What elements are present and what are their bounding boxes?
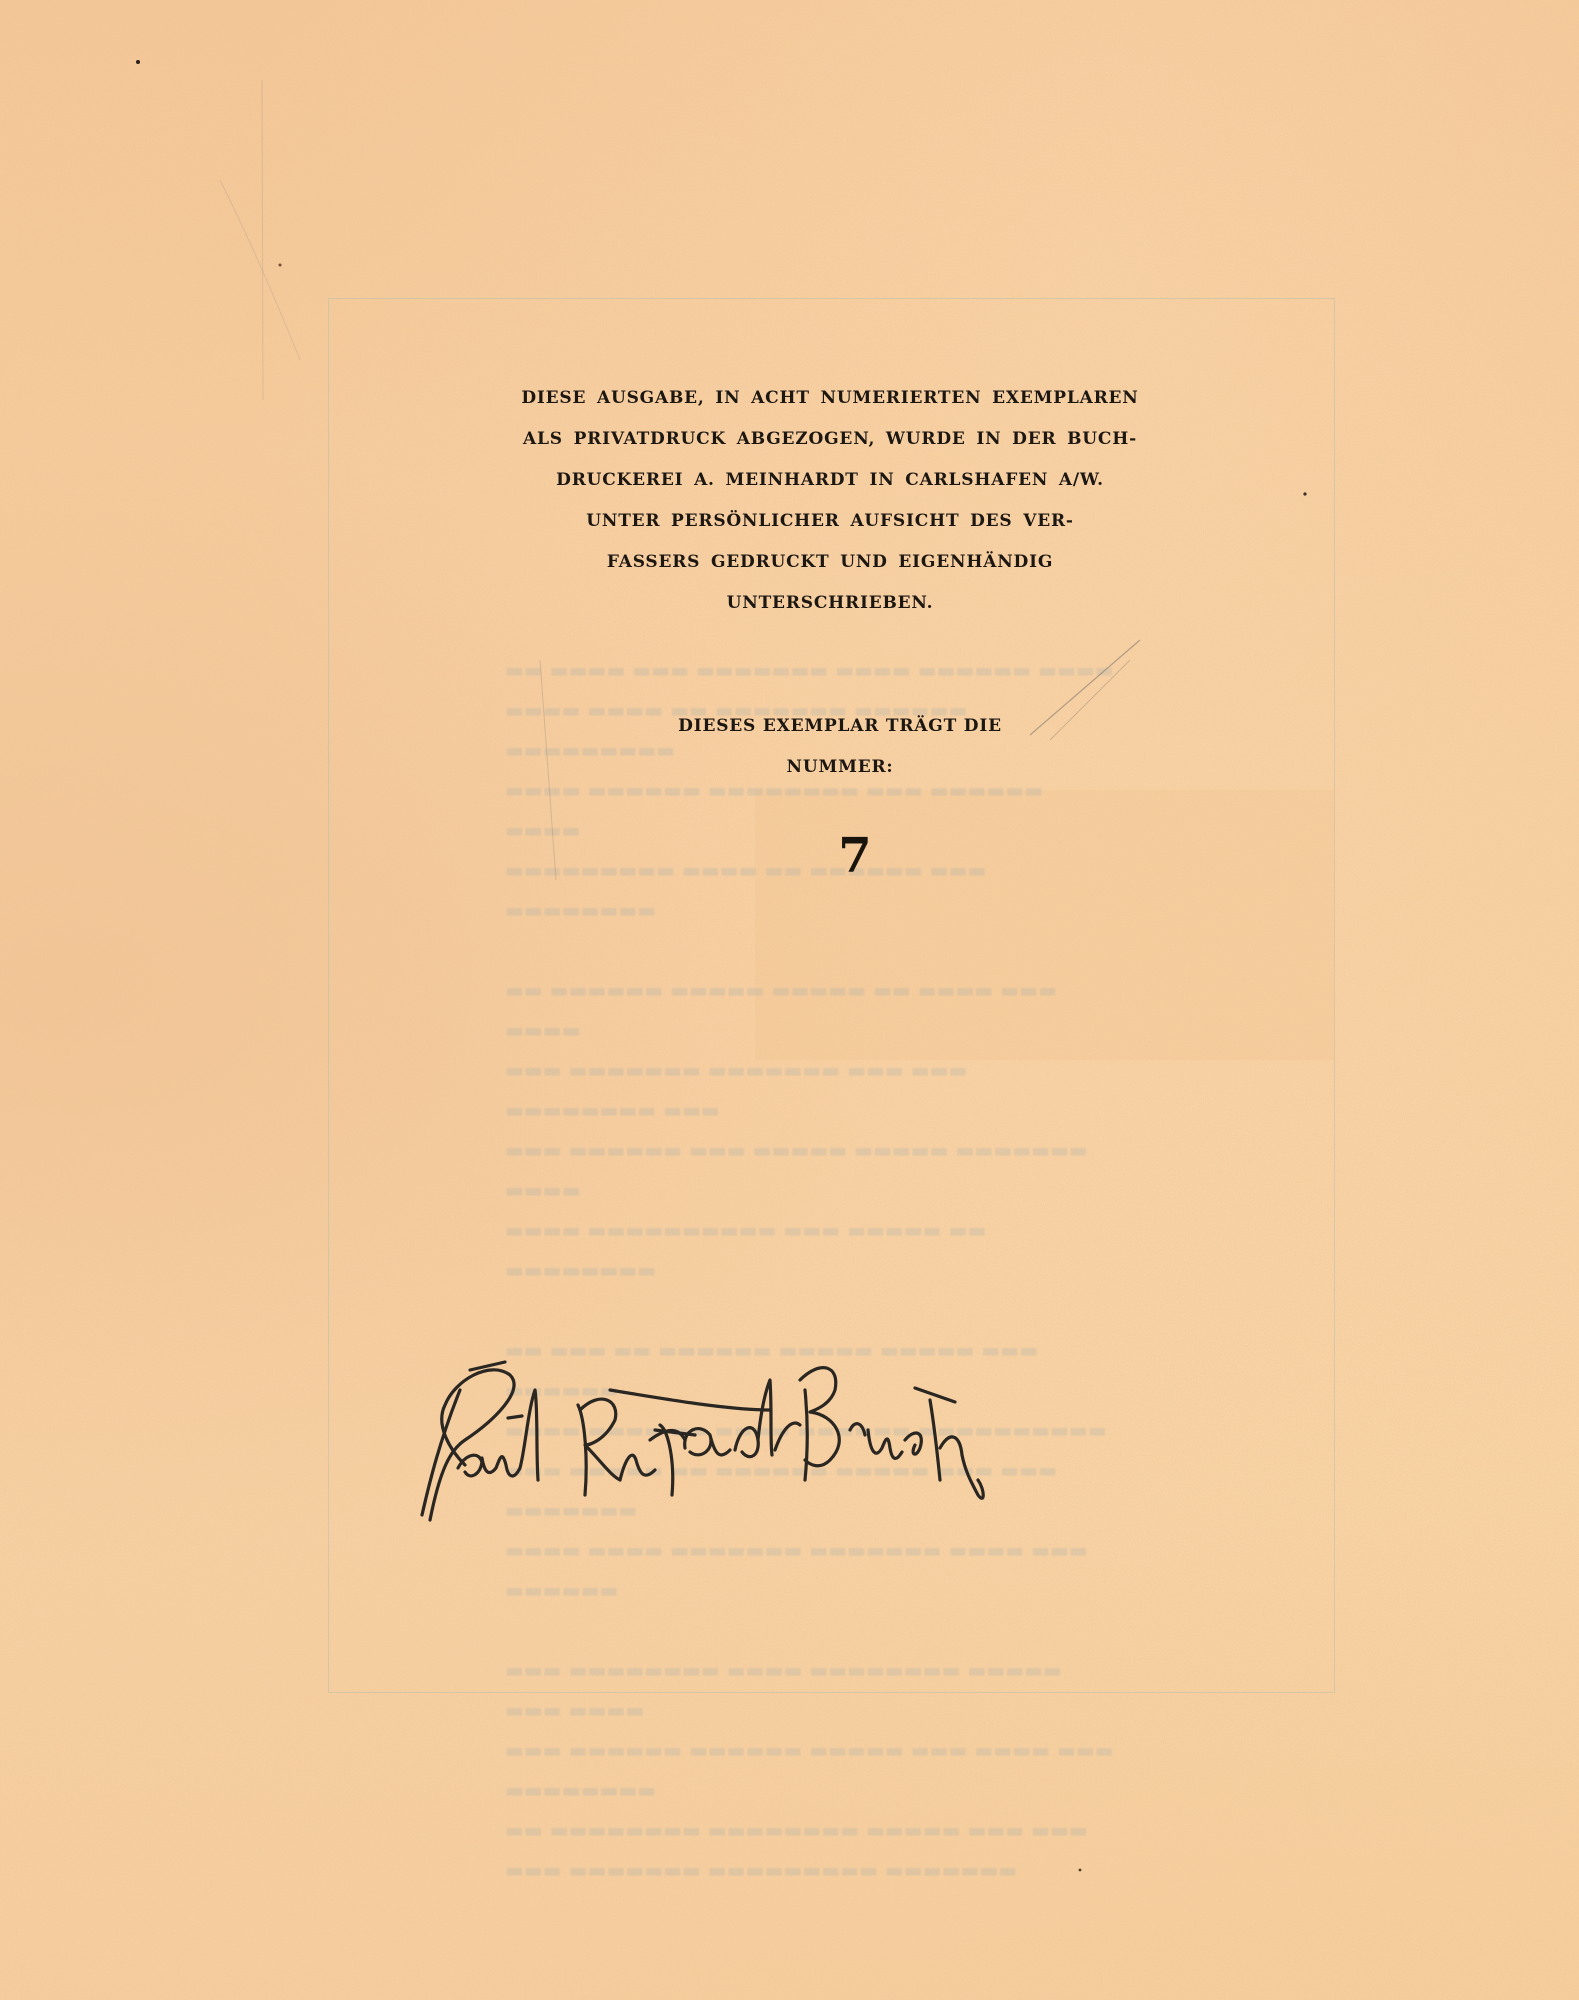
colophon-line: UNTERSCHRIEBEN. <box>490 583 1170 624</box>
signature-strokes <box>410 1330 1270 1530</box>
colophon-line: DRUCKEREI A. MEINHARDT IN CARLSHAFEN A/W… <box>490 460 1170 501</box>
copy-statement-line: DIESES EXEMPLAR TRÄGT DIE <box>590 706 1090 747</box>
copy-number-statement: DIESES EXEMPLAR TRÄGT DIE NUMMER: <box>590 706 1090 788</box>
colophon-line: ALS PRIVATDRUCK ABGEZOGEN, WURDE IN DER … <box>490 419 1170 460</box>
show-through-text: ▬▬ ▬▬▬▬ ▬▬▬ ▬▬▬▬▬▬▬ ▬▬▬▬ ▬▬▬▬▬▬ ▬▬▬▬ ▬▬▬… <box>505 650 1125 1930</box>
colophon-line: FASSERS GEDRUCKT UND EIGENHÄNDIG <box>490 542 1170 583</box>
colophon-text: DIESE AUSGABE, IN ACHT NUMERIERTEN EXEMP… <box>490 378 1170 624</box>
copy-number: 7 <box>820 826 890 886</box>
colophon-line: DIESE AUSGABE, IN ACHT NUMERIERTEN EXEMP… <box>490 378 1170 419</box>
copy-statement-line: NUMMER: <box>590 747 1090 788</box>
author-signature: Paul Richard Bruch <box>410 1330 1270 1530</box>
colophon-line: UNTER PERSÖNLICHER AUFSICHT DES VER- <box>490 501 1170 542</box>
